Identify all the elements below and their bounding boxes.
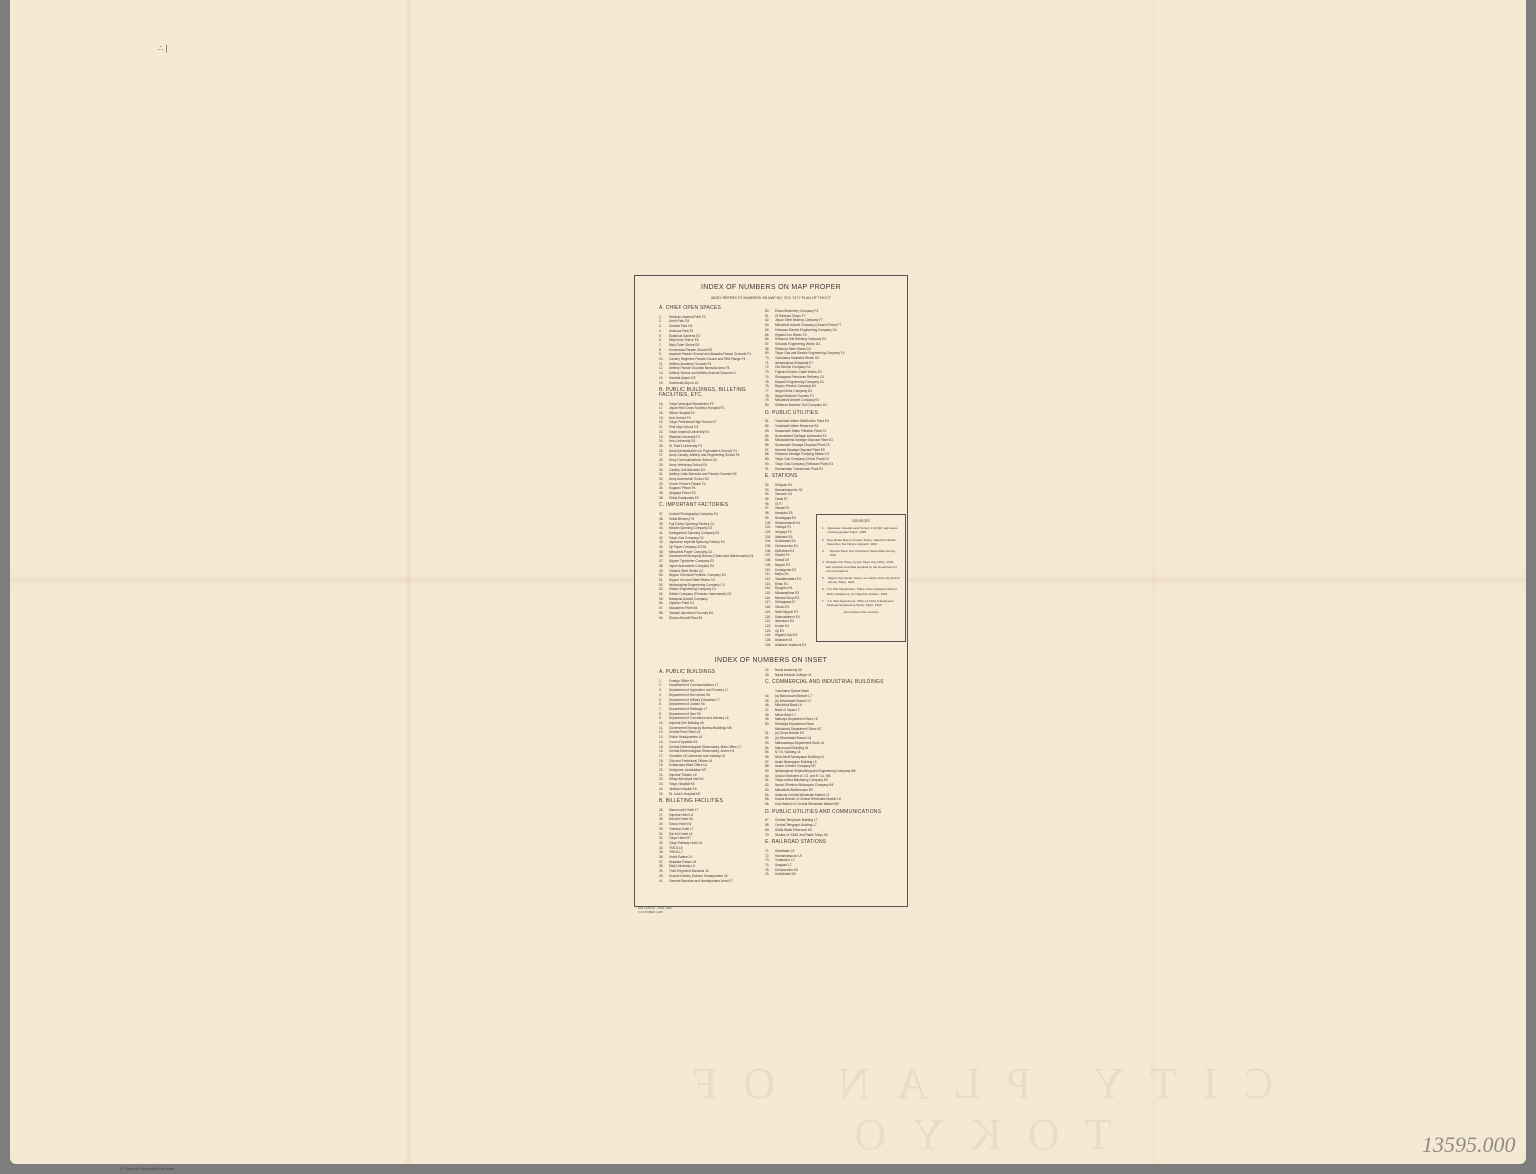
inset-index-title: INDEX OF NUMBERS ON INSET xyxy=(635,657,907,664)
index-entry: 41.General Barracks and Headquarters Are… xyxy=(659,879,769,884)
section-heading: C. COMMERCIAL AND INDUSTRIAL BUILDINGS xyxy=(765,680,905,685)
ghost-show-through-title: CITY PLAN OF TOKYO xyxy=(610,1058,1330,1160)
index-entry: 70.Studios of JOAK and Radio Tokyo K6 xyxy=(765,833,905,838)
index-entry: 36.Shiba Kudanzaka E3 xyxy=(659,496,769,501)
index-panel: INDEX OF NUMBERS ON MAP PROPER INDEX REF… xyxy=(634,275,908,907)
index-entry: 76.Suidobashi K6 xyxy=(765,872,905,877)
section-heading: A. PUBLIC BUILDINGS xyxy=(659,670,769,675)
map-index-left-column: A. CHIEF OPEN SPACES1.Shinjuku Imperial … xyxy=(659,303,769,620)
section-heading: D. PUBLIC UTILITIES AND COMMUNICATIONS xyxy=(765,810,905,815)
section-heading: C. IMPORTANT FACTORIES xyxy=(659,503,769,508)
footer-credit: © Stanford University Libraries xyxy=(120,1166,174,1171)
index-entry: 80.Shibaura Machine Tool Company D4 xyxy=(765,403,895,408)
inset-index-left-column: A. PUBLIC BUILDINGS1.Foreign Office K62.… xyxy=(659,667,769,883)
inset-index-right-column: 42.Naval Academy K643.Naval Medical Coll… xyxy=(765,668,905,877)
corner-marks: ∴ | xyxy=(158,44,167,53)
map-index-subtitle: INDEX REFERS TO NUMBERS ON MAP NO. 37/1 … xyxy=(635,296,907,300)
index-entry: 43.Naval Medical College L9 xyxy=(765,673,905,678)
section-heading: A. CHIEF OPEN SPACES xyxy=(659,306,769,311)
index-entry: 59.Showa Aircraft Plant B1 xyxy=(659,616,769,621)
section-heading: E. RAILROAD STATIONS xyxy=(765,840,905,845)
source-item: 3.Special Tokyo and Yokohama Street Atla… xyxy=(822,549,900,557)
source-item: 1.Japanese Imperial Land Survey 1:10,000… xyxy=(822,526,900,534)
section-heading: B. BILLETING FACILITIES xyxy=(659,799,769,804)
section-heading: D. PUBLIC UTILITIES xyxy=(765,411,895,416)
map-sheet: ∴ | INDEX OF NUMBERS ON MAP PROPER INDEX… xyxy=(10,0,1526,1164)
source-item: 5.Nippon City Guide, Tokyo, an outline o… xyxy=(822,576,900,584)
sources-list: 1.Japanese Imperial Land Survey 1:10,000… xyxy=(822,526,900,607)
sources-footer: And various other sources xyxy=(822,610,900,614)
sources-box: SOURCES 1.Japanese Imperial Land Survey … xyxy=(816,514,906,642)
source-item: 4.Shinjuku City Tokyo, by the Tokyo City… xyxy=(822,560,900,573)
section-heading: E. STATIONS xyxy=(765,474,895,479)
index-entry: 25.St. Luke's Hospital M7 xyxy=(659,792,769,797)
index-entry: 66.Koto Branch of Central Wholesale Mark… xyxy=(765,802,905,807)
index-entry: 126.Akabane-Iwabuchi E4 xyxy=(765,643,895,648)
source-item: 7.U.S. War Department, Office of Chief o… xyxy=(822,599,900,607)
section-heading: B. PUBLIC BUILDINGS, BILLETING FACILITIE… xyxy=(659,388,769,397)
print-note: WD 10/P512 - 4/6/6 2000 2 OCTOBER 1945 xyxy=(638,906,672,914)
sources-heading: SOURCES xyxy=(822,519,900,523)
source-item: 2.New Model Map of Greater Tokyo, edited… xyxy=(822,538,900,546)
index-entry: 91.Hamamatsu Transformer Plant E4 xyxy=(765,467,895,472)
map-index-title: INDEX OF NUMBERS ON MAP PROPER xyxy=(635,284,907,291)
index-entry: 15.Susenzaki Airport L6 xyxy=(659,381,769,386)
source-item: 6.U.S. War Department, Office of the Ass… xyxy=(822,587,900,595)
print-note-line2: 2 OCTOBER 1945 xyxy=(638,910,672,914)
catalog-number: 13595.000 xyxy=(1422,1132,1516,1158)
